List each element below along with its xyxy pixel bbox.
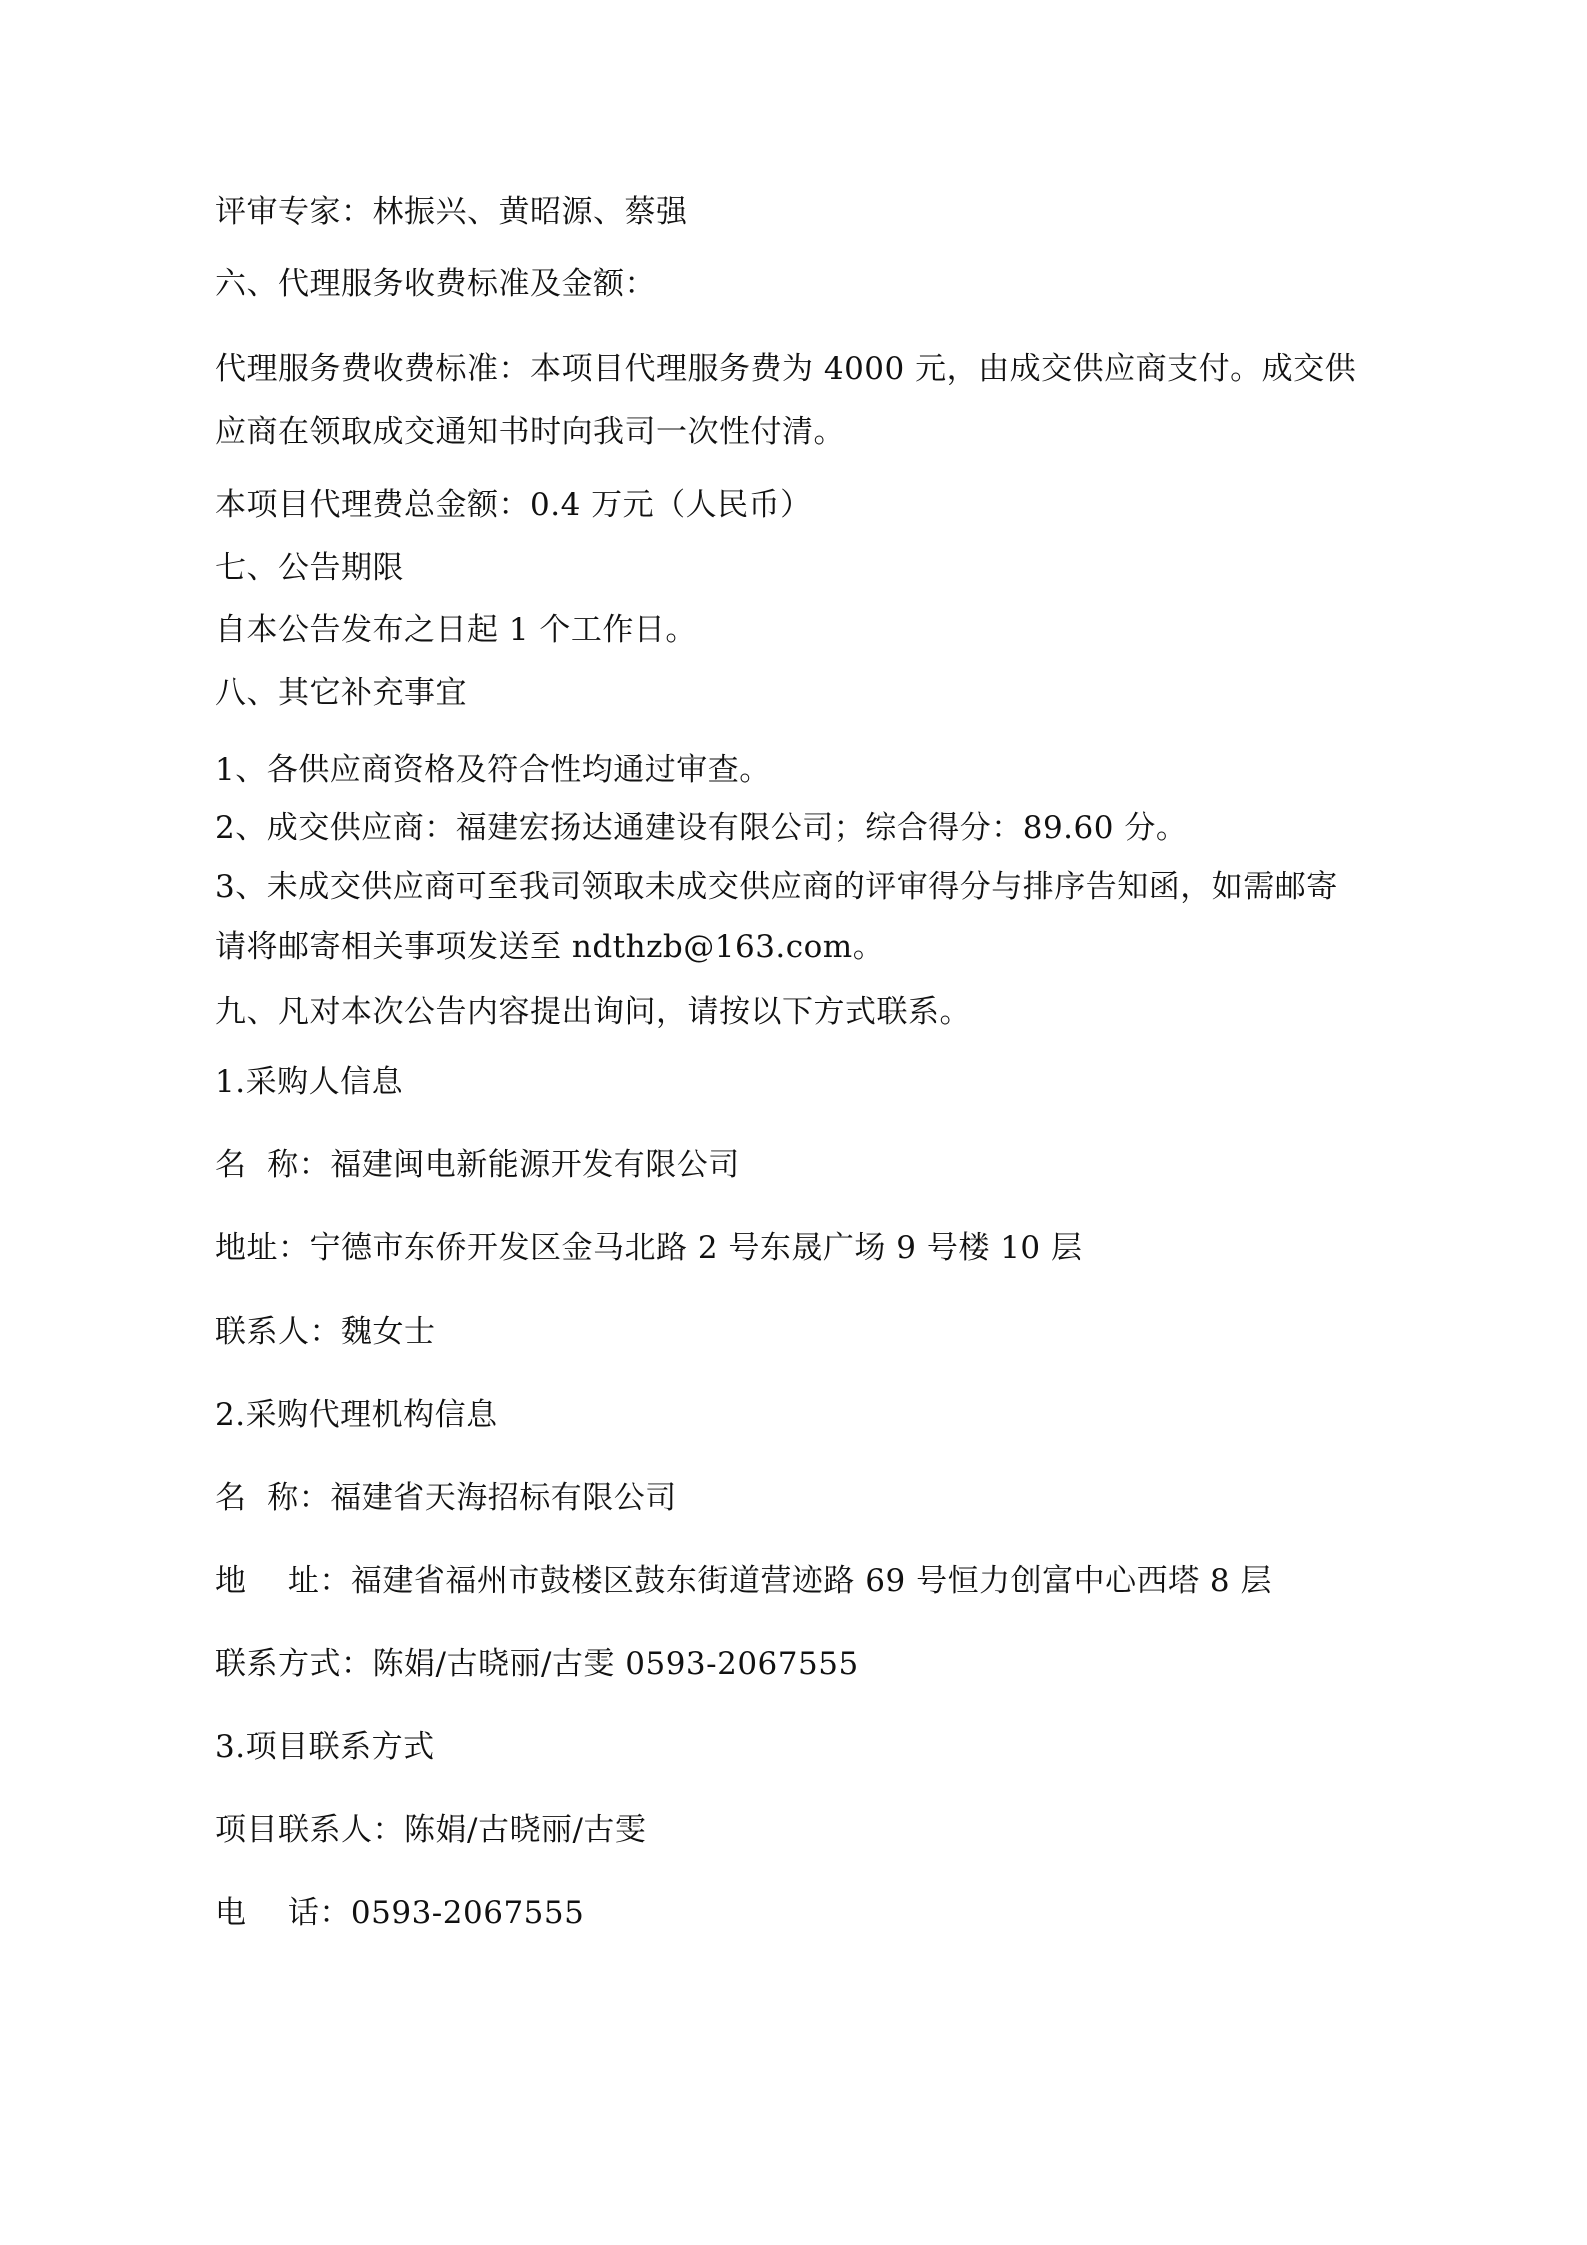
purchaser-name: 名 称：福建闽电新能源开发有限公司 bbox=[215, 1149, 740, 1181]
project-contact-title: 3.项目联系方式 bbox=[215, 1731, 435, 1763]
section7-heading: 七、公告期限 bbox=[215, 552, 404, 584]
project-phone: 电 话：0593-2067555 bbox=[215, 1897, 584, 1929]
supplement-item-3-line-2: 请将邮寄相关事项发送至 ndthzb@163.com。 bbox=[215, 931, 884, 963]
fee-total-line: 本项目代理费总金额：0.4 万元（人民币） bbox=[215, 489, 812, 521]
supplement-item-1: 1、各供应商资格及符合性均通过审查。 bbox=[215, 754, 771, 786]
agency-name: 名 称：福建省天海招标有限公司 bbox=[215, 1482, 677, 1514]
section6-heading: 六、代理服务收费标准及金额： bbox=[215, 268, 656, 300]
purchaser-contact: 联系人：魏女士 bbox=[215, 1316, 436, 1348]
agency-address: 地 址：福建省福州市鼓楼区鼓东街道营迹路 69 号恒力创富中心西塔 8 层 bbox=[215, 1565, 1272, 1597]
purchaser-info-title: 1.采购人信息 bbox=[215, 1066, 403, 1098]
section9-heading: 九、凡对本次公告内容提出询问，请按以下方式联系。 bbox=[215, 996, 971, 1028]
supplement-item-2: 2、成交供应商：福建宏扬达通建设有限公司；综合得分：89.60 分。 bbox=[215, 812, 1187, 844]
project-contact-person: 项目联系人：陈娟/古晓丽/古雯 bbox=[215, 1814, 646, 1846]
agency-contact: 联系方式：陈娟/古晓丽/古雯 0593-2067555 bbox=[215, 1648, 859, 1680]
notice-period-line: 自本公告发布之日起 1 个工作日。 bbox=[215, 614, 697, 646]
purchaser-address: 地址：宁德市东侨开发区金马北路 2 号东晟广场 9 号楼 10 层 bbox=[215, 1232, 1083, 1264]
agency-info-title: 2.采购代理机构信息 bbox=[215, 1399, 498, 1431]
section8-heading: 八、其它补充事宜 bbox=[215, 677, 467, 709]
fee-standard-line-2: 应商在领取成交通知书时向我司一次性付清。 bbox=[215, 416, 845, 448]
document-page: 评审专家：林振兴、黄昭源、蔡强 六、代理服务收费标准及金额： 代理服务费收费标准… bbox=[0, 0, 1587, 2245]
experts-line: 评审专家：林振兴、黄昭源、蔡强 bbox=[215, 196, 688, 228]
fee-standard-line-1: 代理服务费收费标准：本项目代理服务费为 4000 元，由成交供应商支付。成交供 bbox=[215, 353, 1356, 385]
supplement-item-3-line-1: 3、未成交供应商可至我司领取未成交供应商的评审得分与排序告知函，如需邮寄 bbox=[215, 871, 1338, 903]
